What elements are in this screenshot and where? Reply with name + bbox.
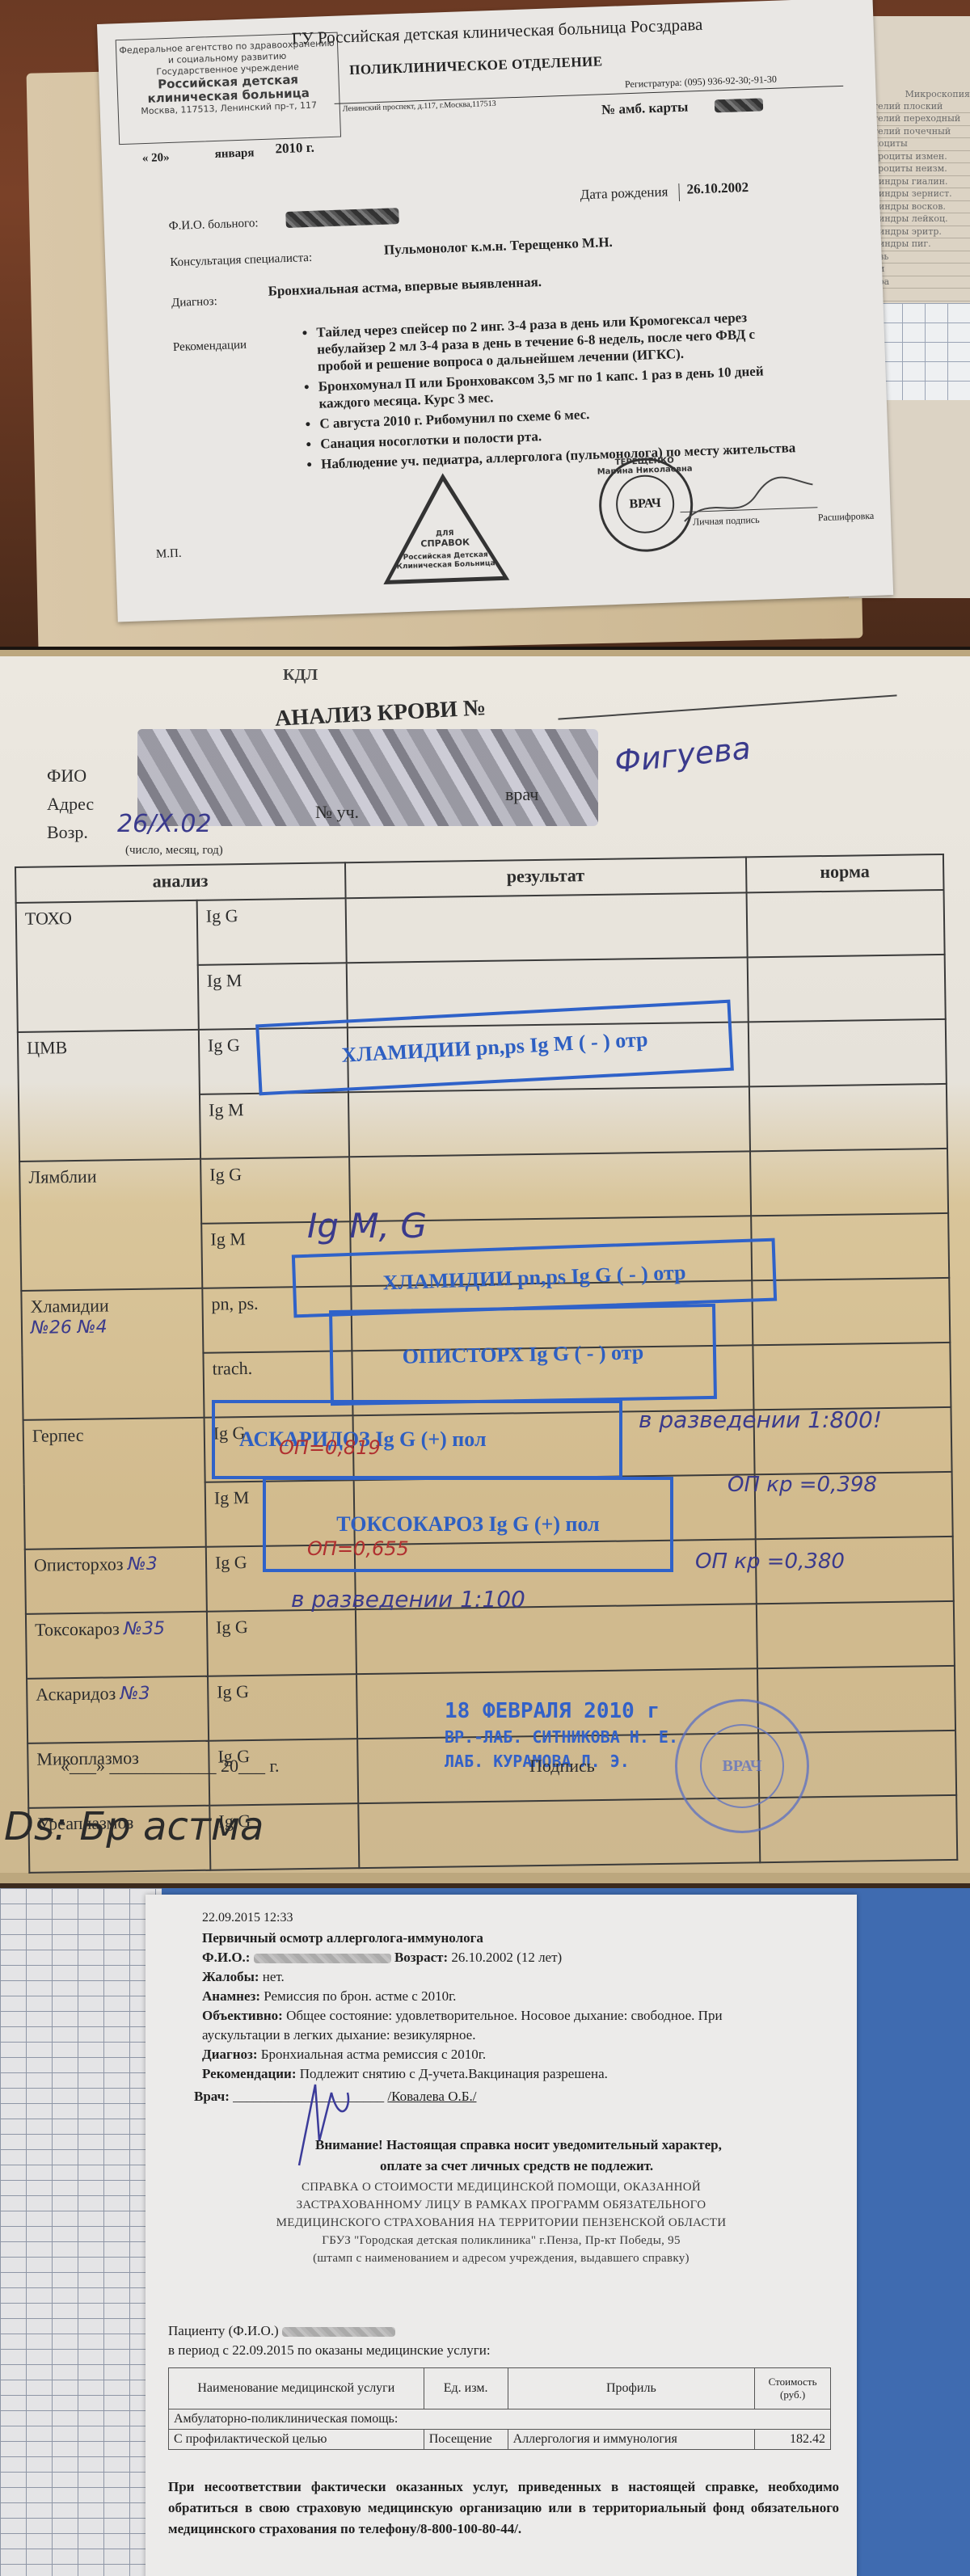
exam-title: Первичный осмотр аллерголога-иммунолога	[202, 1930, 483, 1946]
recommendations-list: Тайлед через спейсер по 2 инг. 3-4 раза …	[302, 307, 806, 476]
age-hint: (число, месяц, год)	[125, 844, 223, 858]
cert-line: СПРАВКА О СТОИМОСТИ МЕДИЦИНСКОЙ ПОМОЩИ, …	[145, 2181, 857, 2194]
note-op-kr-398: ОП кр =0,398	[727, 1473, 877, 1497]
cert-line: ГБУЗ "Городская детская поликлиника" г.П…	[145, 2234, 857, 2248]
diagnosis-label: Диагноз:	[171, 295, 217, 310]
footer-notice: При несоответствии фактически оказанных …	[168, 2477, 839, 2540]
consultation-sheet: Федеральное агентство по здравоохранению…	[97, 0, 893, 622]
doctor-signature	[679, 472, 818, 533]
decode-label: Расшифровка	[818, 510, 875, 524]
objective-line-2: аускультации в легких дыхание: везикуляр…	[202, 2027, 475, 2043]
age-label: Возр.	[47, 822, 88, 843]
doctor-value: Фигуева	[613, 730, 753, 779]
birth-date-label: Дата рождения	[580, 183, 668, 203]
note-dilution-100: в разведении 1:100	[291, 1586, 525, 1613]
mp-label: М.П.	[156, 547, 182, 562]
form-title: АНАЛИЗ КРОВИ №	[274, 695, 487, 732]
notice-line-2: оплате за счет личных средств не подлежи…	[380, 2158, 653, 2174]
triangle-stamp-text: ДЛЯ СПРАВОК Российская Детская Клиническ…	[394, 528, 497, 571]
lab-doctor-seal: ВРАЧ	[675, 1699, 809, 1833]
date-month: января	[214, 146, 254, 162]
diagnosis-line: Диагноз: Бронхиальная астма ремиссия с 2…	[202, 2047, 486, 2063]
card-number-label: № амб. карты	[601, 99, 689, 119]
col-norm: норма	[746, 854, 944, 892]
redacted-patient-name	[254, 1954, 391, 1963]
ascarid-op-value: ОП=0,819	[279, 1436, 381, 1459]
blood-test-form: КДЛ АНАЛИЗ КРОВИ № ФИО Адрес Возр. 26/X.…	[0, 656, 970, 1873]
handwritten-chlamydia-note: Ig M, G	[307, 1206, 427, 1246]
lab-stamp-line1: ВР.-ЛАБ. СИТНИКОВА Н. Е.	[445, 1727, 678, 1747]
header-rule	[335, 86, 844, 104]
date-year: 2010 г.	[275, 140, 314, 158]
recommendations-label: Рекомендации	[173, 339, 247, 355]
recommendations-line: Рекомендации: Подлежит снятию с Д-учета.…	[202, 2066, 608, 2082]
redacted-patient-name	[282, 2327, 395, 2337]
consult-value: Пульмонолог к.м.н. Терещенко М.Н.	[384, 234, 613, 259]
photo-allergist-exam: 22.09.2015 12:33 Первичный осмотр аллерг…	[0, 1883, 970, 2576]
sign-label: Подпись	[529, 1756, 595, 1777]
cert-line: (штамп с наименованием и адресом учрежде…	[145, 2252, 857, 2266]
department-title: ПОЛИКЛИНИЧЕСКОЕ ОТДЕЛЕНИЕ	[349, 53, 603, 78]
table-section-row: Амбулаторно-поликлиническая помощь:	[169, 2409, 831, 2430]
birth-date-value: 26.10.2002	[686, 179, 749, 198]
patient-line: Пациенту (Ф.И.О.)	[168, 2323, 395, 2339]
grid-paper	[0, 1888, 162, 2576]
redacted-card-number	[715, 98, 764, 112]
table-header-row: Наименование медицинской услуги Ед. изм.…	[169, 2368, 831, 2409]
photo-consultation-sheet: Микроскопия телий плоский телий переходн…	[0, 0, 970, 647]
col-result: результат	[345, 857, 747, 898]
age-value: 26/X.02	[117, 810, 212, 838]
doctor-signature	[283, 2076, 356, 2173]
date-day: « 20»	[142, 151, 170, 166]
note-op-kr-380: ОП кр =0,380	[695, 1549, 845, 1574]
photo-blood-test: КДЛ АНАЛИЗ КРОВИ № ФИО Адрес Возр. 26/X.…	[0, 647, 970, 1887]
col-analysis: анализ	[15, 862, 345, 903]
anamnesis-line: Анамнез: Ремиссия по брон. астме с 2010г…	[202, 1988, 456, 2005]
hospital-corner-stamp: Федеральное агентство по здравоохранению…	[116, 32, 341, 145]
diagnosis-value: Бронхиальная астма, впервые выявленная.	[268, 274, 542, 300]
allergist-exam-sheet: 22.09.2015 12:33 Первичный осмотр аллерг…	[145, 1895, 857, 2576]
cert-line: МЕДИЦИНСКОГО СТРАХОВАНИЯ НА ТЕРРИТОРИИ П…	[145, 2216, 857, 2230]
fio-line: Ф.И.О.: Возраст: 26.10.2002 (12 лет)	[202, 1950, 562, 1966]
objective-line: Объективно: Общее состояние: удовлетвори…	[202, 2008, 723, 2024]
org-header: ГУ Российская детская клиническая больни…	[291, 15, 702, 49]
ward-label: № уч.	[315, 802, 359, 823]
cert-line: ЗАСТРАХОВАННОМУ ЛИЦУ В РАМКАХ ПРОГРАММ О…	[145, 2199, 857, 2212]
top-cut-label: КДЛ	[283, 666, 318, 685]
date-blank: «___» ____________ 20___ г.	[61, 1756, 280, 1777]
stamp-opistorch: ОПИСТОРХ Ig G ( - ) отр	[329, 1304, 717, 1406]
complaints-line: Жалобы: нет.	[202, 1969, 285, 1985]
table-row: С профилактической целью Посещение Аллер…	[169, 2430, 831, 2450]
services-table: Наименование медицинской услуги Ед. изм.…	[168, 2367, 831, 2450]
toxocar-op-value: ОП=0,655	[307, 1537, 409, 1560]
handwritten-diagnosis: Ds: Бр астма	[4, 1804, 264, 1849]
notice-line-1: Внимание! Настоящая справка носит уведом…	[315, 2137, 722, 2153]
consult-label: Консультация специалиста:	[170, 251, 312, 270]
note-dilution-800: в разведении 1:800!	[639, 1406, 882, 1433]
microscopy-table: Микроскопия телий плоский телий переходн…	[873, 89, 970, 301]
period-line: в период с 22.09.2015 по оказаны медицин…	[168, 2342, 491, 2359]
doctor-label: врач	[505, 784, 538, 805]
exam-datetime: 22.09.2015 12:33	[202, 1911, 293, 1925]
fio-label: ФИО	[47, 765, 86, 786]
address-label: Адрес	[47, 794, 94, 815]
stamp-ascarid: АСКАРИДОЗ Ig G (+) пол	[212, 1400, 622, 1479]
lab-stamp-date: 18 ФЕВРАЛЯ 2010 г	[445, 1699, 660, 1723]
redacted-patient-name	[285, 208, 399, 228]
patient-label: Ф.И.О. больного:	[169, 217, 259, 234]
